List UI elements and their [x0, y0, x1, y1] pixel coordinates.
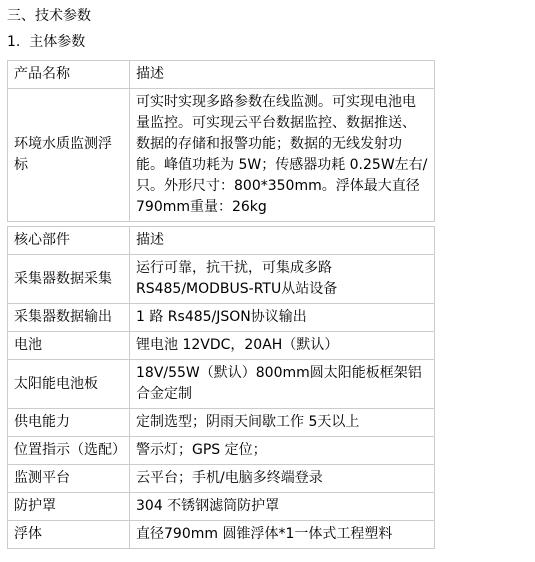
param-name-cell: 监测平台 — [8, 465, 130, 493]
document-page: { "page": { "section_title": "三、技术参数", "… — [0, 0, 535, 562]
param-value-cell: 描述 — [130, 227, 435, 255]
section-title: 三、技术参数 — [7, 8, 529, 25]
param-value-cell: 锂电池 12VDC，20AH（默认） — [130, 332, 435, 360]
table-row: 核心部件 描述 — [8, 227, 435, 255]
param-value-cell: 直径790mm 圆锥浮体*1一体式工程塑料 — [130, 521, 435, 549]
param-name-cell: 采集器数据采集 — [8, 255, 130, 304]
param-name-cell: 核心部件 — [8, 227, 130, 255]
table-row: 采集器数据输出 1 路 Rs485/JSON协议输出 — [8, 304, 435, 332]
param-value-cell: 云平台；手机/电脑多终端登录 — [130, 465, 435, 493]
component-spec-table: 核心部件 描述 采集器数据采集 运行可靠，抗干扰，可集成多路 RS485/MOD… — [7, 226, 435, 549]
param-name-cell: 电池 — [8, 332, 130, 360]
param-value-cell: 定制选型；阴雨天间歇工作 5天以上 — [130, 409, 435, 437]
table-row: 防护罩 304 不锈钢滤筒防护罩 — [8, 493, 435, 521]
table-row: 浮体 直径790mm 圆锥浮体*1一体式工程塑料 — [8, 521, 435, 549]
param-value-cell: 警示灯；GPS 定位； — [130, 437, 435, 465]
param-name-cell: 环境水质监测浮标 — [8, 89, 130, 222]
param-name-cell: 防护罩 — [8, 493, 130, 521]
param-name-cell: 产品名称 — [8, 61, 130, 89]
table-row: 太阳能电池板 18V/55W（默认）800mm圆太阳能板框架铝合金定制 — [8, 360, 435, 409]
param-name-cell: 浮体 — [8, 521, 130, 549]
param-value-cell: 304 不锈钢滤筒防护罩 — [130, 493, 435, 521]
param-name-cell: 太阳能电池板 — [8, 360, 130, 409]
param-value-cell: 1 路 Rs485/JSON协议输出 — [130, 304, 435, 332]
product-spec-table: 产品名称 描述 环境水质监测浮标 可实时实现多路参数在线监测。可实现电池电量监控… — [7, 60, 435, 222]
param-value-cell: 18V/55W（默认）800mm圆太阳能板框架铝合金定制 — [130, 360, 435, 409]
table-row: 位置指示（选配） 警示灯；GPS 定位； — [8, 437, 435, 465]
param-value-cell: 描述 — [130, 61, 435, 89]
param-value-cell: 运行可靠，抗干扰，可集成多路 RS485/MODBUS-RTU从站设备 — [130, 255, 435, 304]
table-row: 采集器数据采集 运行可靠，抗干扰，可集成多路 RS485/MODBUS-RTU从… — [8, 255, 435, 304]
param-name-cell: 供电能力 — [8, 409, 130, 437]
param-name-cell: 采集器数据输出 — [8, 304, 130, 332]
table-row: 环境水质监测浮标 可实时实现多路参数在线监测。可实现电池电量监控。可实现云平台数… — [8, 89, 435, 222]
table-row: 供电能力 定制选型；阴雨天间歇工作 5天以上 — [8, 409, 435, 437]
section-subtitle: 1. 主体参数 — [7, 34, 529, 51]
param-value-cell: 可实时实现多路参数在线监测。可实现电池电量监控。可实现云平台数据监控、数据推送、… — [130, 89, 435, 222]
table-row: 监测平台 云平台；手机/电脑多终端登录 — [8, 465, 435, 493]
table-row: 电池 锂电池 12VDC，20AH（默认） — [8, 332, 435, 360]
table-row: 产品名称 描述 — [8, 61, 435, 89]
param-name-cell: 位置指示（选配） — [8, 437, 130, 465]
